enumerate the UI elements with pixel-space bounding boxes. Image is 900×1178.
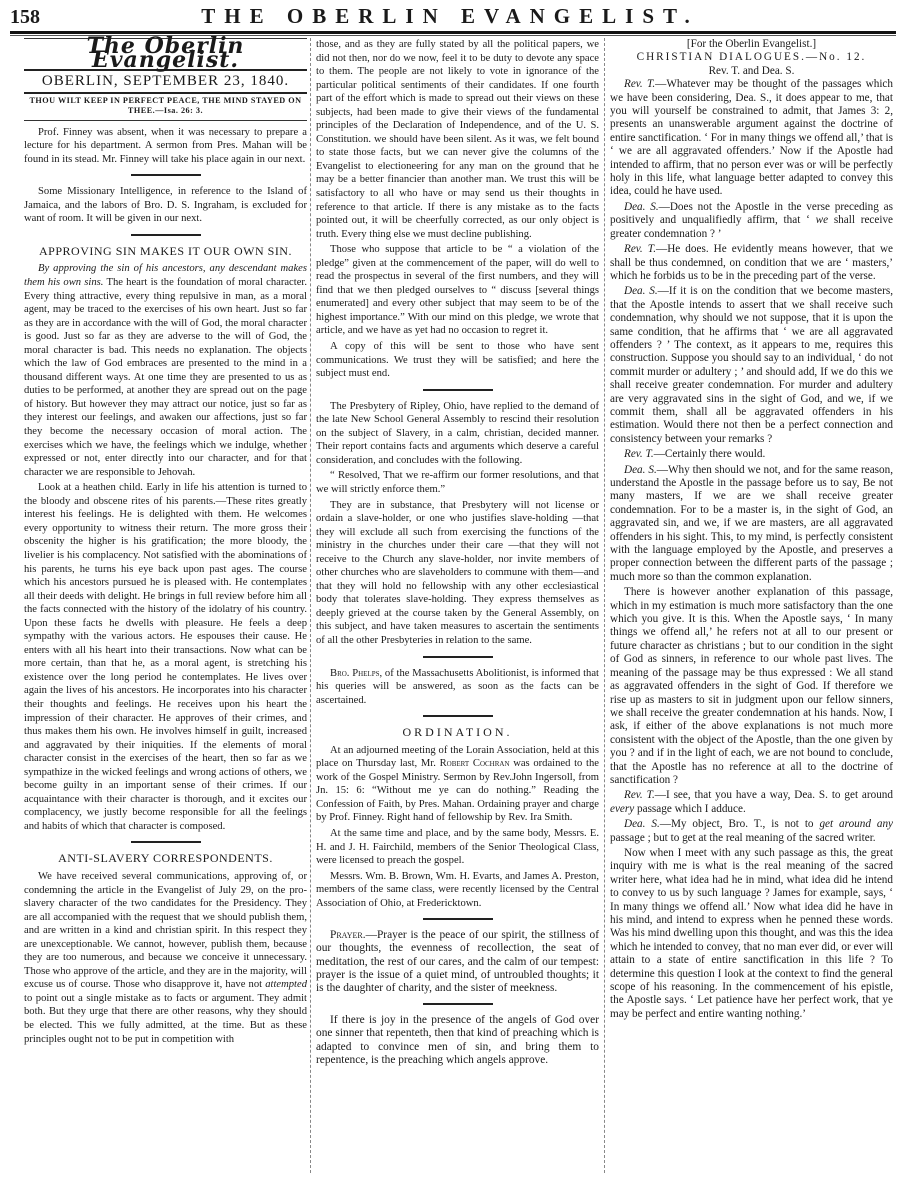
page-header: 158 THE OBERLIN EVANGELIST.: [0, 0, 900, 34]
separator-rule: [131, 234, 201, 236]
article-paragraph: A copy of this will be sent to those who…: [316, 340, 599, 381]
column-divider: [310, 38, 311, 1173]
running-title: THE OBERLIN EVANGELIST.: [0, 4, 900, 29]
separator-rule: [423, 1003, 493, 1005]
dialogue-line: Dea. S.—If it is on the condition that w…: [610, 285, 893, 446]
column-divider: [604, 38, 605, 1173]
dialogue-line: Dea. S.—My object, Bro. T., is not to ge…: [610, 818, 893, 845]
dateline: OBERLIN, SEPTEMBER 23, 1840.: [24, 73, 307, 94]
phelps-notice: Bro. Phelps, of the Massachusetts Abolit…: [316, 667, 599, 708]
prayer-paragraph: Prayer.—Prayer is the peace of our spiri…: [316, 929, 599, 995]
separator-rule: [423, 389, 493, 391]
separator-rule: [423, 656, 493, 658]
notice-missionary: Some Missionary Intelligence, in referen…: [24, 185, 307, 226]
notice-finney: Prof. Finney was absent, when it was nec…: [24, 126, 307, 167]
article-heading-approving-sin: APPROVING SIN MAKES IT OUR OWN SIN.: [24, 245, 307, 259]
ordination-paragraph: Messrs. Wm. B. Brown, Wm. H. Evarts, and…: [316, 870, 599, 911]
ordination-paragraph: At an adjourned meeting of the Lorain As…: [316, 744, 599, 825]
resolution-quote: “ Resolved, That we re-affirm our former…: [316, 469, 599, 496]
dialogue-subheading: Rev. T. and Dea. S.: [610, 65, 893, 78]
column-1: The Oberlin Evangelist. OBERLIN, SEPTEMB…: [24, 38, 307, 1048]
joy-paragraph: If there is joy in the presence of the a…: [316, 1014, 599, 1067]
dialogue-line: Dea. S.—Why then should we not, and for …: [610, 464, 893, 585]
dialogue-heading: CHRISTIAN DIALOGUES.—No. 12.: [610, 51, 893, 64]
separator-rule: [423, 918, 493, 920]
article-paragraph: Look at a heathen child. Early in life h…: [24, 481, 307, 833]
dialogue-line: Rev. T.—Whatever may be thought of the p…: [610, 78, 893, 199]
dialogue-line: Dea. S.—Does not the Apostle in the vers…: [610, 201, 893, 241]
article-heading-ordination: ORDINATION.: [316, 726, 599, 740]
ordination-paragraph: At the same time and place, and by the s…: [316, 827, 599, 868]
nameplate: The Oberlin Evangelist.: [24, 38, 307, 71]
motto: THOU WILT KEEP IN PERFECT PEACE, THE MIN…: [24, 96, 307, 121]
article-heading-anti-slavery: ANTI-SLAVERY CORRESPONDENTS.: [24, 852, 307, 866]
column-2: those, and as they are fully stated by a…: [316, 38, 599, 1069]
dialogue-line: Rev. T.—I see, that you have a way, Dea.…: [610, 789, 893, 816]
separator-rule: [131, 174, 201, 176]
separator-rule: [423, 715, 493, 717]
attribution: [For the Oberlin Evangelist.]: [610, 38, 893, 51]
dialogue-line: Rev. T.—Certainly there would.: [610, 448, 893, 461]
article-paragraph: By approving the sin of his ancestors, a…: [24, 262, 307, 479]
presbytery-paragraph: The Presbytery of Ripley, Ohio, have rep…: [316, 400, 599, 468]
separator-rule: [131, 841, 201, 843]
dialogue-line: Now when I meet with any such passage as…: [610, 847, 893, 1021]
column-3: [For the Oberlin Evangelist.] CHRISTIAN …: [610, 38, 893, 1023]
presbytery-paragraph: They are in substance, that Presbytery w…: [316, 499, 599, 648]
article-paragraph: Those who suppose that article to be “ a…: [316, 243, 599, 338]
dialogue-line: There is however another explanation of …: [610, 586, 893, 787]
dialogue-line: Rev. T.—He does. He evidently means howe…: [610, 243, 893, 283]
article-paragraph: We have received several communications,…: [24, 870, 307, 1046]
article-continued: those, and as they are fully stated by a…: [316, 38, 599, 241]
